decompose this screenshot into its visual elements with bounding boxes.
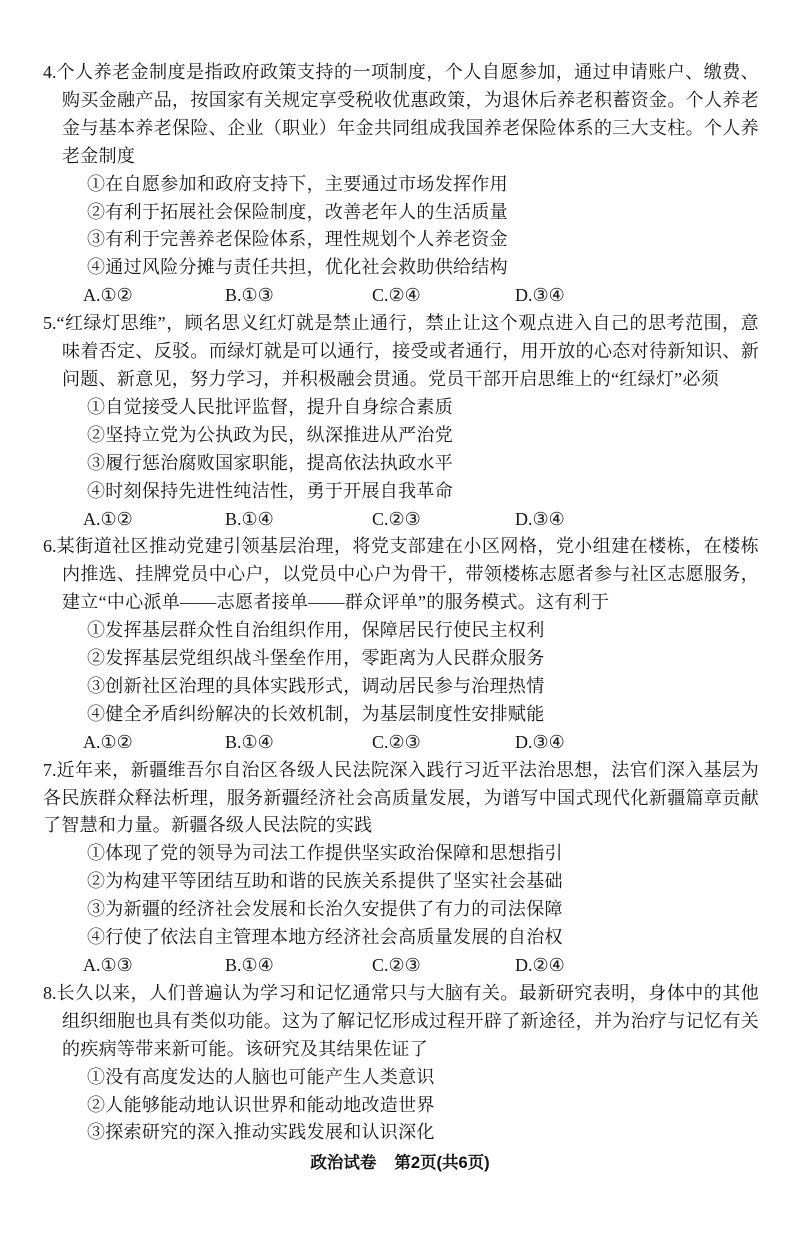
page-number: 第2页(共6页) bbox=[394, 1154, 489, 1172]
choice-d: D.③④ bbox=[515, 729, 565, 757]
statement-2: ②人能够能动地认识世界和能动地改造世界 bbox=[43, 1092, 759, 1120]
question-text: 个人养老金制度是指政府政策支持的一项制度，个人自愿参加，通过申请账户、缴费、购买… bbox=[57, 62, 760, 166]
choice-a: A.①③ bbox=[83, 952, 225, 980]
statement-list: ①发挥基层群众性自治组织作用，保障居民行使民主权利 ②发挥基层党组织战斗堡垒作用… bbox=[43, 617, 759, 729]
choice-c: C.②③ bbox=[372, 506, 515, 534]
statement-2: ②有利于拓展社会保险制度，改善老年人的生活质量 bbox=[43, 199, 759, 227]
answer-choices: A.①② B.①③ C.②④ D.③④ bbox=[43, 282, 759, 310]
question-stem: 8.长久以来，人们普遍认为学习和记忆通常只与大脑有关。最新研究表明，身体中的其他… bbox=[43, 980, 759, 1064]
statement-list: ①在自愿参加和政府支持下，主要通过市场发挥作用 ②有利于拓展社会保险制度，改善老… bbox=[43, 171, 759, 283]
question-text: 某街道社区推动党建引领基层治理，将党支部建在小区网格，党小组建在楼栋，在楼栋内推… bbox=[57, 536, 760, 612]
question-stem: 4.个人养老金制度是指政府政策支持的一项制度，个人自愿参加，通过申请账户、缴费、… bbox=[43, 59, 759, 171]
statement-1: ①发挥基层群众性自治组织作用，保障居民行使民主权利 bbox=[43, 617, 759, 645]
statement-2: ②发挥基层党组织战斗堡垒作用，零距离为人民群众服务 bbox=[43, 645, 759, 673]
choice-d: D.③④ bbox=[515, 506, 565, 534]
choice-d: D.②④ bbox=[515, 952, 565, 980]
question-stem: 6.某街道社区推动党建引领基层治理，将党支部建在小区网格，党小组建在楼栋，在楼栋… bbox=[43, 533, 759, 617]
question-text: “红绿灯思维”，顾名思义红灯就是禁止通行，禁止让这个观点进入自己的思考范围，意味… bbox=[57, 313, 760, 389]
question-stem: 5.“红绿灯思维”，顾名思义红灯就是禁止通行，禁止让这个观点进入自己的思考范围，… bbox=[43, 310, 759, 394]
question-text: 长久以来，人们普遍认为学习和记忆通常只与大脑有关。最新研究表明，身体中的其他组织… bbox=[57, 983, 760, 1059]
question-number: 8. bbox=[43, 983, 57, 1003]
question-4: 4.个人养老金制度是指政府政策支持的一项制度，个人自愿参加，通过申请账户、缴费、… bbox=[43, 59, 759, 310]
statement-1: ①在自愿参加和政府支持下，主要通过市场发挥作用 bbox=[43, 171, 759, 199]
choice-b: B.①④ bbox=[225, 506, 372, 534]
answer-choices: A.①② B.①④ C.②③ D.③④ bbox=[43, 506, 759, 534]
question-number: 5. bbox=[43, 313, 57, 333]
question-8: 8.长久以来，人们普遍认为学习和记忆通常只与大脑有关。最新研究表明，身体中的其他… bbox=[43, 980, 759, 1147]
statement-2: ②坚持立党为公执政为民，纵深推进从严治党 bbox=[43, 422, 759, 450]
question-number: 6. bbox=[43, 536, 57, 556]
statement-4: ④时刻保持先进性纯洁性，勇于开展自我革命 bbox=[43, 478, 759, 506]
questions-area: 4.个人养老金制度是指政府政策支持的一项制度，个人自愿参加，通过申请账户、缴费、… bbox=[43, 59, 759, 1147]
question-text: 近年来，新疆维吾尔自治区各级人民法院深入践行习近平法治思想，法官们深入基层为各民… bbox=[43, 760, 759, 836]
statement-list: ①没有高度发达的人脑也可能产生人类意识 ②人能够能动地认识世界和能动地改造世界 … bbox=[43, 1064, 759, 1148]
answer-choices: A.①② B.①④ C.②③ D.③④ bbox=[43, 729, 759, 757]
statement-4: ④通过风险分摊与责任共担，优化社会救助供给结构 bbox=[43, 254, 759, 282]
exam-title: 政治试卷 bbox=[310, 1154, 376, 1172]
statement-1: ①体现了党的领导为司法工作提供坚实政治保障和思想指引 bbox=[43, 840, 759, 868]
statement-1: ①没有高度发达的人脑也可能产生人类意识 bbox=[43, 1064, 759, 1092]
statement-3: ③创新社区治理的具体实践形式，调动居民参与治理热情 bbox=[43, 673, 759, 701]
answer-choices: A.①③ B.①④ C.②③ D.②④ bbox=[43, 952, 759, 980]
statement-list: ①自觉接受人民批评监督，提升自身综合素质 ②坚持立党为公执政为民，纵深推进从严治… bbox=[43, 394, 759, 506]
choice-a: A.①② bbox=[83, 282, 225, 310]
question-number: 7. bbox=[43, 760, 57, 780]
exam-paper-page: 4.个人养老金制度是指政府政策支持的一项制度，个人自愿参加，通过申请账户、缴费、… bbox=[0, 0, 800, 1242]
choice-b: B.①④ bbox=[225, 729, 372, 757]
statement-1: ①自觉接受人民批评监督，提升自身综合素质 bbox=[43, 394, 759, 422]
question-stem: 7.近年来，新疆维吾尔自治区各级人民法院深入践行习近平法治思想，法官们深入基层为… bbox=[43, 757, 759, 841]
question-5: 5.“红绿灯思维”，顾名思义红灯就是禁止通行，禁止让这个观点进入自己的思考范围，… bbox=[43, 310, 759, 533]
choice-c: C.②④ bbox=[372, 282, 515, 310]
statement-3: ③履行惩治腐败国家职能，提高依法执政水平 bbox=[43, 450, 759, 478]
statement-4: ④健全矛盾纠纷解决的长效机制，为基层制度性安排赋能 bbox=[43, 701, 759, 729]
question-number: 4. bbox=[43, 62, 57, 82]
question-6: 6.某街道社区推动党建引领基层治理，将党支部建在小区网格，党小组建在楼栋，在楼栋… bbox=[43, 533, 759, 756]
choice-c: C.②③ bbox=[372, 729, 515, 757]
statement-3: ③为新疆的经济社会发展和长治久安提供了有力的司法保障 bbox=[43, 896, 759, 924]
statement-list: ①体现了党的领导为司法工作提供坚实政治保障和思想指引 ②为构建平等团结互助和谐的… bbox=[43, 840, 759, 952]
page-footer: 政治试卷第2页(共6页) bbox=[0, 1150, 800, 1178]
choice-b: B.①③ bbox=[225, 282, 372, 310]
choice-c: C.②③ bbox=[372, 952, 515, 980]
statement-3: ③有利于完善养老保险体系，理性规划个人养老资金 bbox=[43, 226, 759, 254]
choice-d: D.③④ bbox=[515, 282, 565, 310]
statement-4: ④行使了依法自主管理本地方经济社会高质量发展的自治权 bbox=[43, 924, 759, 952]
statement-2: ②为构建平等团结互助和谐的民族关系提供了坚实社会基础 bbox=[43, 868, 759, 896]
question-7: 7.近年来，新疆维吾尔自治区各级人民法院深入践行习近平法治思想，法官们深入基层为… bbox=[43, 757, 759, 980]
choice-a: A.①② bbox=[83, 729, 225, 757]
choice-b: B.①④ bbox=[225, 952, 372, 980]
statement-3: ③探索研究的深入推动实践发展和认识深化 bbox=[43, 1119, 759, 1147]
choice-a: A.①② bbox=[83, 506, 225, 534]
